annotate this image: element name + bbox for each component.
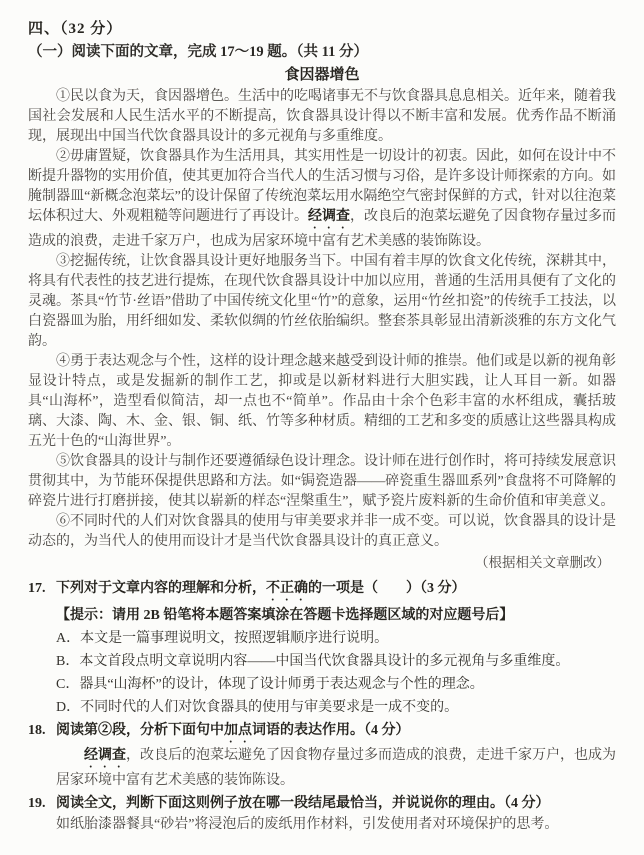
question-18: 18. 阅读第②段，分析下面句中加点词语的表达作用。（4 分） 经调查，改良后的… bbox=[28, 719, 616, 792]
text-segment: 阅读第②段，分析下面句中 bbox=[56, 723, 224, 738]
question-17-body: 下列对于文章内容的理解和分析，不正确的一项是（ ）（3 分） 【提示：请用 2B… bbox=[56, 577, 616, 719]
text-segment: ⑤饮食器具的设计与制作还要遵循绿色设计理念。设计师在进行创作时，将可持续发展意识… bbox=[28, 454, 616, 509]
text-segment: 的一项是（ ）（3 分） bbox=[308, 581, 466, 596]
questions-section: 17. 下列对于文章内容的理解和分析，不正确的一项是（ ）（3 分） 【提示：请… bbox=[28, 577, 616, 835]
source-note: （根据相关文章删改） bbox=[28, 552, 616, 573]
section-header: 四、（32 分） bbox=[28, 18, 616, 41]
text-segment: ④勇于表达观念与个性，这样的设计理念越来越受到设计师的推崇。他们或是以新的视角彰… bbox=[28, 354, 616, 449]
emphasized-text: 不正确 bbox=[266, 581, 308, 596]
article-paragraph-2: ②毋庸置疑，饮食器具作为生活用具，其实用性是一切设计的初衷。因此，如何在设计中不… bbox=[28, 147, 616, 252]
text-segment: 词语的表达作用。（4 分） bbox=[252, 723, 410, 738]
question-17-option-c: C．器具“山海杯”的设计，体现了设计师勇于表达观念与个性的理念。 bbox=[56, 673, 616, 696]
article-paragraph-5: ⑤饮食器具的设计与制作还要遵循绿色设计理念。设计师在进行创作时，将可持续发展意识… bbox=[28, 452, 616, 512]
question-18-body: 阅读第②段，分析下面句中加点词语的表达作用。（4 分） 经调查，改良后的泡菜坛避… bbox=[56, 719, 616, 792]
question-19-quote: 如纸胎漆器餐具“砂岩”将浸泡后的废纸用作材料，引发使用者对环境保护的思考。 bbox=[56, 815, 616, 836]
question-17-option-d: D．不同时代的人们对饮食器具的使用与审美要求是一成不变的。 bbox=[56, 696, 616, 719]
emphasized-text: 经调查 bbox=[84, 748, 126, 763]
question-17: 17. 下列对于文章内容的理解和分析，不正确的一项是（ ）（3 分） 【提示：请… bbox=[28, 577, 616, 719]
article-paragraph-3: ③挖掘传统，让饮食器具设计更好地服务当下。中国有着丰厚的饮食文化传统，深耕其中，… bbox=[28, 252, 616, 352]
question-18-stem: 阅读第②段，分析下面句中加点词语的表达作用。（4 分） bbox=[56, 719, 616, 746]
text-segment: 如纸胎漆器餐具“砂岩”将浸泡后的废纸用作材料，引发使用者对环境保护的思考。 bbox=[56, 817, 558, 832]
question-17-option-b: B．本文首段点明文章说明内容——中国当代饮食器具设计的多元视角与多重维度。 bbox=[56, 650, 616, 673]
question-17-option-a: A．本文是一篇事理说明文，按照逻辑顺序进行说明。 bbox=[56, 627, 616, 650]
article-paragraph-6: ⑥不同时代的人们对饮食器具的使用与审美要求并非一成不变。可以说，饮食器具的设计是… bbox=[28, 512, 616, 552]
question-17-stem: 下列对于文章内容的理解和分析，不正确的一项是（ ）（3 分） bbox=[56, 577, 616, 604]
text-segment: ③挖掘传统，让饮食器具设计更好地服务当下。中国有着丰厚的饮食文化传统，深耕其中，… bbox=[28, 254, 616, 349]
text-segment: ，改良后的泡菜坛避免了因食物存量过多而造成的浪费，走进千家万户，也成为居家环境中… bbox=[56, 748, 616, 788]
article-paragraph-1: ①民以食为天，食因器增色。生活中的吃喝诸事无不与饮食器具息息相关。近年来，随着我… bbox=[28, 87, 616, 147]
question-18-quote: 经调查，改良后的泡菜坛避免了因食物存量过多而造成的浪费，走进千家万户，也成为居家… bbox=[56, 746, 616, 792]
text-segment: ⑥不同时代的人们对饮食器具的使用与审美要求并非一成不变。可以说，饮食器具的设计是… bbox=[28, 514, 616, 549]
text-segment: 阅读全文，判断下面这则例子放在哪一段结尾最恰当，并说说你的理由。（4 分） bbox=[56, 796, 550, 811]
question-19-number: 19. bbox=[28, 792, 56, 815]
question-19-stem: 阅读全文，判断下面这则例子放在哪一段结尾最恰当，并说说你的理由。（4 分） bbox=[56, 792, 616, 815]
emphasized-text: 经调查 bbox=[308, 209, 350, 224]
text-segment: 下列对于文章内容的理解和分析， bbox=[56, 581, 266, 596]
article-paragraph-4: ④勇于表达观念与个性，这样的设计理念越来越受到设计师的推崇。他们或是以新的视角彰… bbox=[28, 352, 616, 452]
question-18-number: 18. bbox=[28, 719, 56, 742]
article-body: ①民以食为天，食因器增色。生活中的吃喝诸事无不与饮食器具息息相关。近年来，随着我… bbox=[28, 87, 616, 573]
text-segment: ①民以食为天，食因器增色。生活中的吃喝诸事无不与饮食器具息息相关。近年来，随着我… bbox=[28, 89, 616, 144]
question-19-body: 阅读全文，判断下面这则例子放在哪一段结尾最恰当，并说说你的理由。（4 分） 如纸… bbox=[56, 792, 616, 836]
question-17-answer-hint: 【提示：请用 2B 铅笔将本题答案填涂在答题卡选择题区域的对应题号后】 bbox=[56, 604, 616, 627]
question-19: 19. 阅读全文，判断下面这则例子放在哪一段结尾最恰当，并说说你的理由。（4 分… bbox=[28, 792, 616, 836]
question-17-number: 17. bbox=[28, 577, 56, 600]
article-title: 食因器增色 bbox=[28, 64, 616, 87]
exam-page: 四、（32 分） （一）阅读下面的文章，完成 17～19 题。（共 11 分） … bbox=[0, 0, 644, 855]
reading-instruction: （一）阅读下面的文章，完成 17～19 题。（共 11 分） bbox=[28, 41, 616, 64]
emphasized-text: 加点 bbox=[224, 723, 252, 738]
